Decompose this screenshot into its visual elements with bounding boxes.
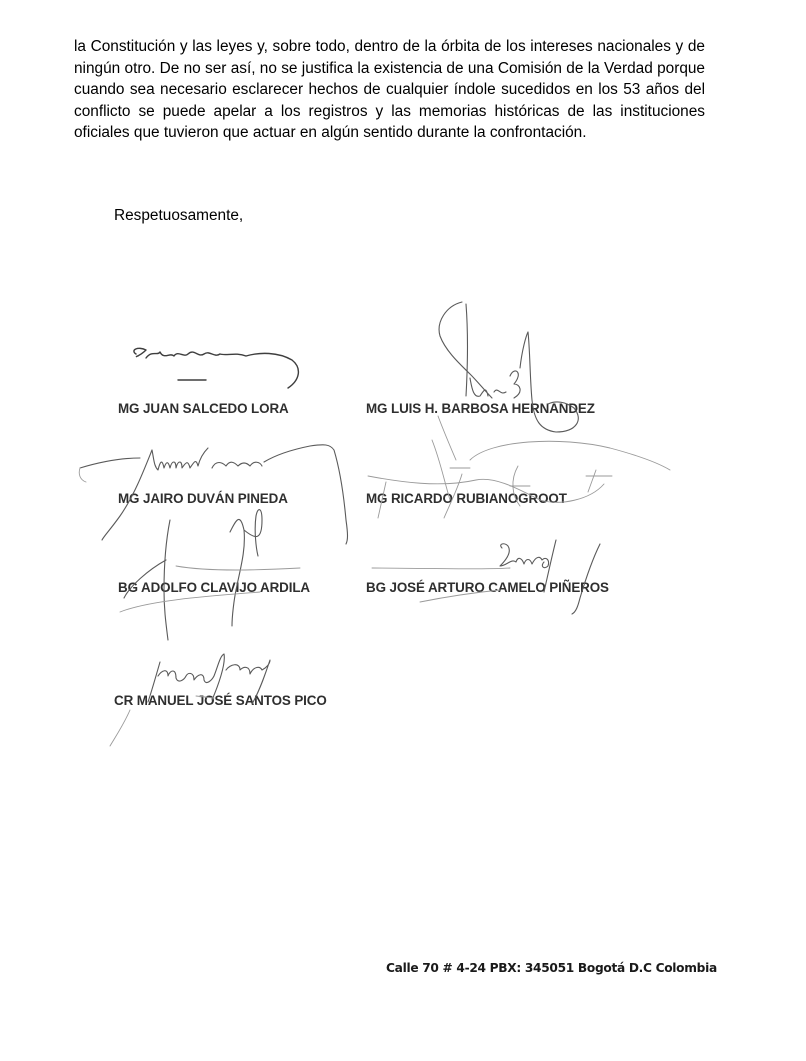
- letter-body-paragraph: la Constitución y las leyes y, sobre tod…: [74, 36, 705, 144]
- signatory-name: MG LUIS H. BARBOSA HERNANDEZ: [366, 401, 595, 416]
- signature-clavijo: [120, 510, 300, 640]
- signatures-layer: [0, 0, 806, 1061]
- signatory-name: BG ADOLFO CLAVIJO ARDILA: [118, 580, 310, 595]
- signature-salcedo: [134, 348, 298, 388]
- signatory-name: MG RICARDO RUBIANOGROOT: [366, 491, 567, 506]
- letter-closing: Respetuosamente,: [114, 207, 243, 225]
- signatory-name: CR MANUEL JOSÉ SANTOS PICO: [114, 693, 327, 708]
- signature-camelo: [372, 540, 600, 614]
- signatory-name: MG JAIRO DUVÁN PINEDA: [118, 491, 288, 506]
- footer-address: Calle 70 # 4-24 PBX: 345051 Bogotá D.C C…: [386, 961, 717, 975]
- signature-rubianogroot: [368, 440, 670, 518]
- signatory-name: MG JUAN SALCEDO LORA: [118, 401, 289, 416]
- signature-barbosa: [438, 302, 578, 460]
- signatory-name: BG JOSÉ ARTURO CAMELO PIÑEROS: [366, 580, 609, 595]
